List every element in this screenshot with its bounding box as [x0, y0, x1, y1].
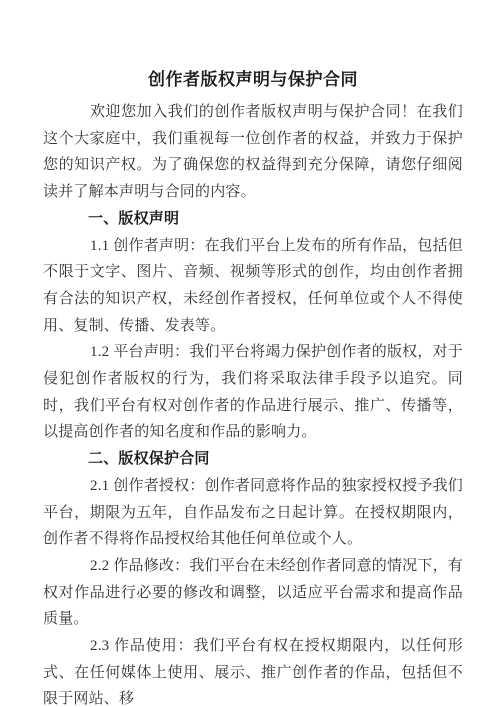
document-page: 创作者版权声明与保护合同 欢迎您加入我们的创作者版权声明与保护合同！在我们这个大…	[0, 0, 500, 707]
clause-2-3: 2.3 作品使用：我们平台有权在授权期限内，以任何形式、在任何媒体上使用、展示、…	[43, 633, 463, 707]
intro-paragraph: 欢迎您加入我们的创作者版权声明与保护合同！在我们这个大家庭中，我们重视每一位创作…	[43, 99, 463, 206]
section-1-heading: 一、版权声明	[43, 206, 463, 233]
clause-2-2: 2.2 作品修改：我们平台在未经创作者同意的情况下，有权对作品进行必要的修改和调…	[43, 553, 463, 633]
clause-1-1: 1.1 创作者声明：在我们平台上发布的所有作品，包括但不限于文字、图片、音频、视…	[43, 233, 463, 340]
document-title: 创作者版权声明与保护合同	[43, 66, 463, 93]
section-2-heading: 二、版权保护合同	[43, 446, 463, 473]
clause-2-1: 2.1 创作者授权：创作者同意将作品的独家授权授予我们平台，期限为五年，自作品发…	[43, 473, 463, 553]
clause-1-2: 1.2 平台声明：我们平台将竭力保护创作者的版权，对于侵犯创作者版权的行为，我们…	[43, 339, 463, 446]
